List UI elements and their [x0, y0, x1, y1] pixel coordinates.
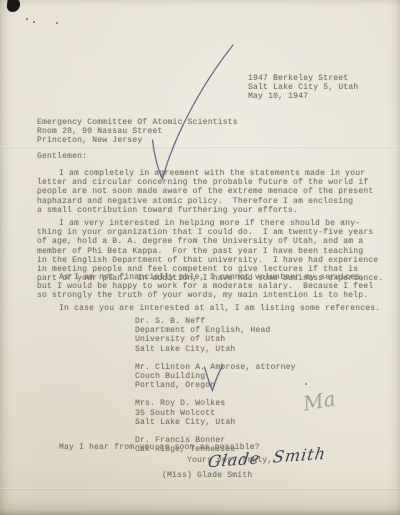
- sender-address-block: 1947 Berkeley Street Salt Lake City 5, U…: [248, 74, 358, 102]
- body-line: letter and circular concerning the proba…: [37, 178, 373, 187]
- reference-line: Department of English, Head: [135, 326, 296, 335]
- paper-speck: [305, 383, 307, 385]
- references-list: Dr. S. B. Neff Department of English, He…: [135, 317, 296, 454]
- reference-line: Portland, Oregon: [135, 381, 296, 390]
- typed-signature: (Miss) Glade Smith: [162, 471, 252, 480]
- reference-line: University of Utah: [135, 335, 296, 344]
- sender-address-line: Salt Lake City 5, Utah: [248, 83, 358, 92]
- paper-speck: [26, 18, 28, 20]
- body-line: haphazard and negative atomic policy. Th…: [37, 197, 373, 206]
- body-line: in the English Department of that univer…: [37, 256, 383, 265]
- recipient-line: Room 28, 90 Nassau Street: [37, 127, 238, 136]
- reference-line: 35 South Wolcott: [135, 409, 296, 418]
- body-line: I am completely in agreement with the st…: [37, 169, 373, 178]
- paragraph-3: As I am not financially able, I cannot v…: [37, 273, 373, 301]
- reference-block: Mr. Clinton A. Ambrose, attorney Couch B…: [135, 363, 296, 391]
- pen-checkmark-large: [153, 45, 234, 179]
- paper-speck: [33, 21, 35, 23]
- body-line: In case you are interested at all, I am …: [37, 304, 380, 313]
- paragraph-1: I am completely in agreement with the st…: [37, 169, 373, 215]
- reference-line: Mrs. Roy D. Wolkes: [135, 399, 296, 408]
- body-line: thing in your organization that I could …: [37, 228, 383, 237]
- scanned-letter-page: 1947 Berkeley Street Salt Lake City 5, U…: [0, 0, 400, 515]
- pencil-annotation: Ma: [301, 386, 337, 415]
- fold-crease-upper: [0, 146, 400, 148]
- body-line: but I would be happy to work for a moder…: [37, 282, 373, 291]
- body-line: a small contribution toward furthering y…: [37, 206, 373, 215]
- corner-stain-mark: [6, 0, 21, 13]
- paragraph-4: In case you are interested at all, I am …: [37, 304, 380, 313]
- salutation-text: Gentlemen:: [37, 152, 87, 161]
- reference-line: Mr. Clinton A. Ambrose, attorney: [135, 363, 296, 372]
- body-line: people are not soon made aware of the ex…: [37, 187, 373, 196]
- recipient-line: Princeton, New Jersey: [37, 136, 238, 145]
- body-line: member of Phi Beta Kappa. For the past y…: [37, 247, 383, 256]
- body-line: As I am not financially able, I cannot v…: [37, 273, 373, 282]
- paper-speck: [56, 22, 58, 24]
- sender-address-line: 1947 Berkeley Street: [248, 74, 358, 83]
- typed-signature-text: (Miss) Glade Smith: [162, 471, 252, 480]
- reference-block: Dr. S. B. Neff Department of English, He…: [135, 317, 296, 354]
- body-line: I am very interested in helping more if …: [37, 219, 383, 228]
- salutation: Gentlemen:: [37, 152, 87, 161]
- reference-line: Couch Building: [135, 372, 296, 381]
- recipient-address-block: Emergency Committee Of Atomic Scientists…: [37, 118, 238, 146]
- body-line: of age, hold a B. A. degree from the Uni…: [37, 237, 383, 246]
- reference-line: Salt Lake City, Utah: [135, 418, 296, 427]
- reference-line: Dr. S. B. Neff: [135, 317, 296, 326]
- letter-date: May 10, 1947: [248, 92, 358, 101]
- recipient-line: Emergency Committee Of Atomic Scientists: [37, 118, 238, 127]
- body-line: so strongly the truth of your words, my …: [37, 291, 373, 300]
- fold-crease-lower: [0, 488, 400, 490]
- reference-line: Salt Lake City, Utah: [135, 345, 296, 354]
- reference-block: Mrs. Roy D. Wolkes 35 South Wolcott Salt…: [135, 399, 296, 427]
